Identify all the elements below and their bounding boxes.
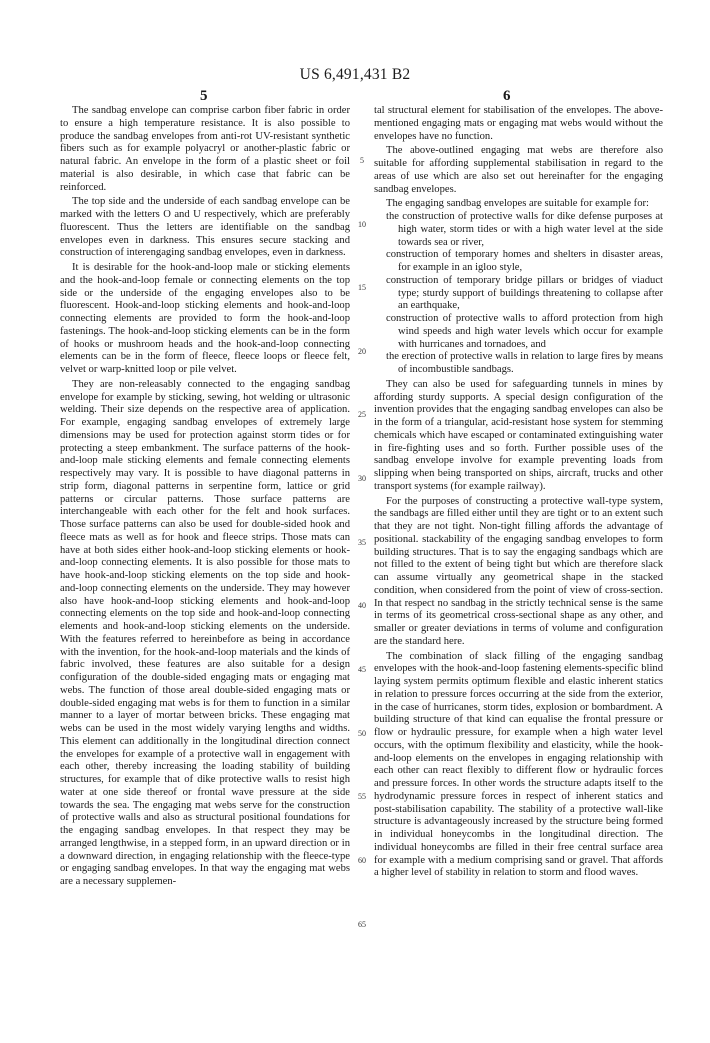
- line-number: 20: [352, 347, 372, 356]
- column-number-left: 5: [200, 88, 208, 105]
- paragraph: The combination of slack filling of the …: [374, 651, 663, 881]
- list-item: construction of protective walls to affo…: [386, 313, 663, 351]
- line-number: 35: [352, 538, 372, 547]
- line-number: 55: [352, 792, 372, 801]
- paragraph: The top side and the underside of each s…: [60, 196, 350, 260]
- line-number: 15: [352, 283, 372, 292]
- paragraph: It is desirable for the hook-and-loop ma…: [60, 262, 350, 377]
- paragraph: The above-outlined engaging mat webs are…: [374, 145, 663, 196]
- line-number: 5: [352, 156, 372, 165]
- paragraph: The sandbag envelope can comprise carbon…: [60, 105, 350, 194]
- column-number-right: 6: [503, 88, 511, 105]
- line-number: 65: [352, 920, 372, 929]
- patent-number: US 6,491,431 B2: [0, 66, 710, 84]
- line-number: 25: [352, 410, 372, 419]
- uses-list: the construction of protective walls for…: [374, 211, 663, 377]
- list-item: construction of temporary homes and shel…: [386, 249, 663, 275]
- line-number: 60: [352, 856, 372, 865]
- list-item: the construction of protective walls for…: [386, 211, 663, 249]
- line-number: 40: [352, 601, 372, 610]
- line-number: 30: [352, 474, 372, 483]
- paragraph: They are non-releasably connected to the…: [60, 379, 350, 889]
- list-intro: The engaging sandbag envelopes are suita…: [374, 198, 663, 211]
- line-number: 10: [352, 220, 372, 229]
- paragraph: They can also be used for safeguarding t…: [374, 379, 663, 494]
- line-number: 45: [352, 665, 372, 674]
- list-item: construction of temporary bridge pillars…: [386, 275, 663, 313]
- paragraph-continuation: tal structural element for stabilisation…: [374, 105, 663, 143]
- right-column: tal structural element for stabilisation…: [374, 105, 663, 882]
- list-item: the erection of protective walls in rela…: [386, 351, 663, 377]
- line-number: 50: [352, 729, 372, 738]
- left-column: The sandbag envelope can comprise carbon…: [60, 105, 350, 891]
- paragraph: For the purposes of constructing a prote…: [374, 496, 663, 649]
